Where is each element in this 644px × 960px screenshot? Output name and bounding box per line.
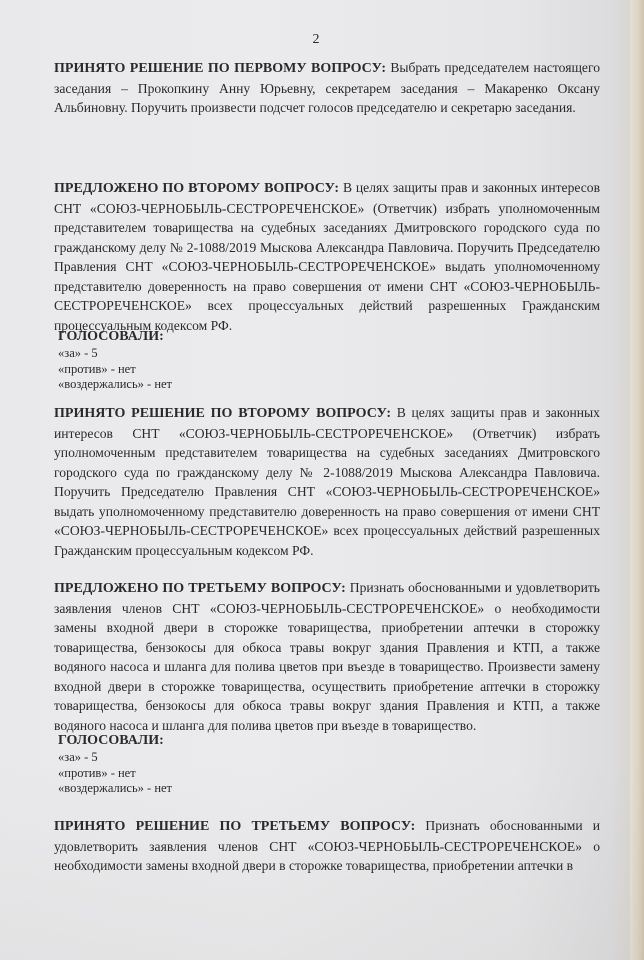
section-text: Признать обоснованными и удовлетворить з…	[54, 580, 600, 733]
decision-third-question: ПРИНЯТО РЕШЕНИЕ ПО ТРЕТЬЕМУ ВОПРОСУ: При…	[54, 816, 600, 876]
votes-third-question: ГОЛОСОВАЛИ: «за» - 5 «против» - нет «воз…	[58, 732, 358, 797]
votes-against: «против» - нет	[58, 766, 358, 782]
votes-second-question: ГОЛОСОВАЛИ: «за» - 5 «против» - нет «воз…	[58, 328, 358, 393]
section-heading: ПРЕДЛОЖЕНО ПО ВТОРОМУ ВОПРОСУ:	[54, 181, 339, 196]
votes-heading: ГОЛОСОВАЛИ:	[58, 328, 358, 346]
proposal-second-question: ПРЕДЛОЖЕНО ПО ВТОРОМУ ВОПРОСУ: В целях з…	[54, 178, 600, 335]
votes-for: «за» - 5	[58, 750, 358, 766]
page-number: 2	[0, 32, 632, 48]
section-text: В целях защиты прав и законных интересов…	[54, 405, 600, 558]
votes-heading: ГОЛОСОВАЛИ:	[58, 732, 358, 750]
decision-second-question: ПРИНЯТО РЕШЕНИЕ ПО ВТОРОМУ ВОПРОСУ: В це…	[54, 403, 600, 560]
section-text: В целях защиты прав и законных интересов…	[54, 180, 600, 333]
proposal-third-question: ПРЕДЛОЖЕНО ПО ТРЕТЬЕМУ ВОПРОСУ: Признать…	[54, 578, 600, 735]
votes-for: «за» - 5	[58, 346, 358, 362]
paper-edge	[630, 0, 644, 960]
section-heading: ПРЕДЛОЖЕНО ПО ТРЕТЬЕМУ ВОПРОСУ:	[54, 581, 346, 596]
votes-abstained: «воздержались» - нет	[58, 377, 358, 393]
section-heading: ПРИНЯТО РЕШЕНИЕ ПО ВТОРОМУ ВОПРОСУ:	[54, 406, 391, 421]
decision-first-question: ПРИНЯТО РЕШЕНИЕ ПО ПЕРВОМУ ВОПРОСУ: Выбр…	[54, 58, 600, 118]
votes-abstained: «воздержались» - нет	[58, 781, 358, 797]
votes-against: «против» - нет	[58, 362, 358, 378]
section-heading: ПРИНЯТО РЕШЕНИЕ ПО ПЕРВОМУ ВОПРОСУ:	[54, 61, 386, 76]
section-heading: ПРИНЯТО РЕШЕНИЕ ПО ТРЕТЬЕМУ ВОПРОСУ:	[54, 819, 415, 834]
